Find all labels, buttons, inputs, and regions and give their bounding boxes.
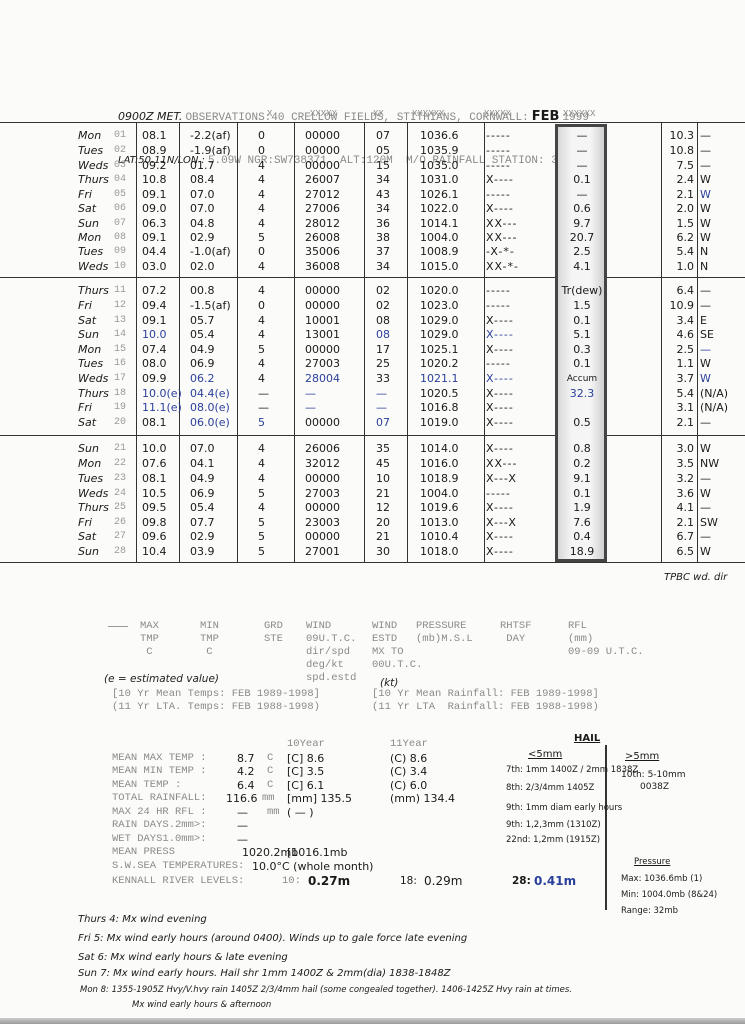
cell-grd: 4 bbox=[258, 457, 265, 471]
cell-wind: 36008 bbox=[305, 260, 340, 274]
hail-title: HAIL bbox=[574, 733, 600, 744]
cell-rh: XX--- bbox=[486, 217, 517, 231]
table-row: Sun2810.403.9527001301018.0X----18.96.5W bbox=[0, 545, 745, 559]
cell-rh: XX--- bbox=[486, 457, 517, 471]
daily-note: Sun 7: Mx wind early hours. Hail shr 1mm… bbox=[78, 968, 451, 979]
cell-max: 03.0 bbox=[142, 260, 167, 274]
cell-dir: — bbox=[700, 284, 730, 298]
cell-min: 04.8 bbox=[190, 217, 215, 231]
cell-sun: 6.5 bbox=[668, 545, 694, 559]
cell-min: 04.9 bbox=[190, 343, 215, 357]
cell-dir: W bbox=[700, 217, 730, 231]
table-row: Tues1608.006.9427003251020.2-----0.11.1W bbox=[0, 357, 745, 371]
cell-wind: — bbox=[305, 387, 316, 401]
cell-rh: ----- bbox=[486, 144, 511, 158]
summary-unit: mm bbox=[267, 806, 280, 820]
cell-pres: 1020.2 bbox=[420, 357, 459, 371]
page-bottom-edge bbox=[0, 1018, 745, 1024]
cell-pres: 1016.0 bbox=[420, 457, 459, 471]
cell-dir: — bbox=[700, 472, 730, 486]
legend-dash bbox=[108, 626, 128, 627]
cell-date: 09 bbox=[114, 245, 130, 259]
daily-note: Sat 6: Mx wind early hours & late evenin… bbox=[78, 952, 288, 963]
river-level: 0.27m bbox=[308, 875, 350, 889]
week-divider bbox=[0, 435, 745, 436]
cell-grd: 4 bbox=[258, 501, 265, 515]
cell-max: 10.4 bbox=[142, 545, 167, 559]
cell-dir: W bbox=[700, 202, 730, 216]
cell-gust: 10 bbox=[376, 472, 390, 486]
cell-gust: 17 bbox=[376, 343, 390, 357]
daily-note: Mon 8: 1355-1905Z Hvy/V.hvy rain 1405Z 2… bbox=[80, 985, 572, 995]
cell-gust: 08 bbox=[376, 328, 390, 342]
table-row: Mon0809.102.9526008381004.0XX---20.76.2W bbox=[0, 231, 745, 245]
cell-dir: W bbox=[700, 173, 730, 187]
cell-dir: N bbox=[700, 260, 730, 274]
cell-rfl: 0.6 bbox=[560, 202, 604, 216]
cell-min: 06.9 bbox=[190, 357, 215, 371]
legend-max: MAX TMP C bbox=[140, 620, 159, 659]
cell-sun: 4.1 bbox=[668, 501, 694, 515]
cell-min: 08.4 bbox=[190, 173, 215, 187]
cell-min: 03.9 bbox=[190, 545, 215, 559]
cell-gust: 45 bbox=[376, 457, 390, 471]
cell-grd: 5 bbox=[258, 231, 265, 245]
cell-grd: 4 bbox=[258, 472, 265, 486]
cell-wind: 00000 bbox=[305, 144, 340, 158]
cell-pres: 1010.4 bbox=[420, 530, 459, 544]
ten-year-value: [C] 6.1 bbox=[287, 779, 324, 793]
cell-rh: X---- bbox=[486, 173, 514, 187]
cell-grd: 5 bbox=[258, 343, 265, 357]
cell-wind: 35006 bbox=[305, 245, 340, 259]
cell-rh: X---- bbox=[486, 328, 514, 342]
cell-grd: 5 bbox=[258, 530, 265, 544]
cell-date: 15 bbox=[114, 343, 130, 357]
cell-dir: W bbox=[700, 442, 730, 456]
cell-pres: 1020.5 bbox=[420, 387, 459, 401]
summary-label: WET DAYS1.0mm>: bbox=[112, 833, 207, 847]
cell-min: 06.2 bbox=[190, 372, 215, 386]
hail-entry: 9th: 1mm diam early hours bbox=[506, 803, 622, 813]
summary-value: 4.2 bbox=[237, 765, 255, 779]
cell-pres: 1020.0 bbox=[420, 284, 459, 298]
summary-label: MEAN MIN TEMP : bbox=[112, 765, 207, 779]
cell-gust: 02 bbox=[376, 299, 390, 313]
cell-sun: 3.1 bbox=[668, 401, 694, 415]
eleven-year-value: (mm) 134.4 bbox=[390, 792, 455, 806]
cell-sun: 2.1 bbox=[668, 188, 694, 202]
cell-dir: W bbox=[700, 231, 730, 245]
cell-rh: X---- bbox=[486, 442, 514, 456]
legend-rh: RHTSF DAY bbox=[500, 620, 532, 646]
cell-min: -1.9(af) bbox=[190, 144, 231, 158]
cell-grd: 4 bbox=[258, 314, 265, 328]
cell-dir: SW bbox=[700, 516, 730, 530]
cell-dir: — bbox=[700, 343, 730, 357]
cell-max: 07.2 bbox=[142, 284, 167, 298]
hail-small-heading: <5mm bbox=[528, 749, 562, 760]
cell-pres: 1025.1 bbox=[420, 343, 459, 357]
summary-label: S.W.SEA TEMPERATURES: bbox=[112, 860, 244, 874]
table-row: Fri1911.1(e)08.0(e)———1016.8X----3.1(N/A… bbox=[0, 401, 745, 415]
cell-max: 08.1 bbox=[142, 472, 167, 486]
cell-rfl: Accum bbox=[560, 372, 604, 386]
cell-date: 18 bbox=[114, 387, 130, 401]
cell-max: 11.1(e) bbox=[142, 401, 182, 415]
cell-sun: 2.5 bbox=[668, 343, 694, 357]
river-level: 0.41m bbox=[534, 875, 576, 889]
cell-wind: 00000 bbox=[305, 530, 340, 544]
cell-max: 10.5 bbox=[142, 487, 167, 501]
table-row: Fri1209.4-1.5(af)000000021023.0-----1.51… bbox=[0, 299, 745, 313]
cell-grd: — bbox=[258, 401, 269, 415]
daily-note: Fri 5: Mx wind early hours (around 0400)… bbox=[78, 933, 467, 944]
cell-dir: — bbox=[700, 144, 730, 158]
cell-sun: 3.6 bbox=[668, 487, 694, 501]
cell-gust: 07 bbox=[376, 129, 390, 143]
cell-gust: 43 bbox=[376, 188, 390, 202]
cell-grd: 0 bbox=[258, 144, 265, 158]
cell-min: 04.1 bbox=[190, 457, 215, 471]
cell-date: 08 bbox=[114, 231, 130, 245]
cell-pres: 1026.1 bbox=[420, 188, 459, 202]
ten-year-heading: 10Year bbox=[287, 738, 325, 752]
cell-rh: ----- bbox=[486, 487, 511, 501]
cell-date: 21 bbox=[114, 442, 130, 456]
cell-min: 06.9 bbox=[190, 487, 215, 501]
cell-pres: 1008.9 bbox=[420, 245, 459, 259]
cell-date: 01 bbox=[114, 129, 130, 143]
cell-pres: 1004.0 bbox=[420, 231, 459, 245]
cell-date: 04 bbox=[114, 173, 130, 187]
cell-gust: 20 bbox=[376, 516, 390, 530]
cell-rfl: — bbox=[560, 188, 604, 202]
cell-dir: — bbox=[700, 159, 730, 173]
eleven-year-value: (C) 8.6 bbox=[390, 752, 427, 766]
cell-grd: 4 bbox=[258, 159, 265, 173]
cell-pres: 1023.0 bbox=[420, 299, 459, 313]
summary-label: MEAN TEMP : bbox=[112, 779, 181, 793]
legend-gust: WIND ESTD MX TO 00U.T.C. bbox=[372, 620, 422, 672]
cell-rfl: Tr(dew) bbox=[560, 284, 604, 298]
cell-rfl: 0.1 bbox=[560, 357, 604, 371]
cell-gust: — bbox=[376, 401, 387, 415]
cell-max: 10.8 bbox=[142, 173, 167, 187]
cell-gust: 36 bbox=[376, 217, 390, 231]
cell-max: 04.4 bbox=[142, 245, 167, 259]
cell-max: 08.0 bbox=[142, 357, 167, 371]
cell-max: 07.6 bbox=[142, 457, 167, 471]
summary-label: RAIN DAYS.2mm>: bbox=[112, 819, 207, 833]
cell-pres: 1029.0 bbox=[420, 328, 459, 342]
cell-gust: 12 bbox=[376, 501, 390, 515]
cell-grd: 4 bbox=[258, 173, 265, 187]
cell-dir: — bbox=[700, 129, 730, 143]
cell-wind: 00000 bbox=[305, 416, 340, 430]
cell-wind: 27006 bbox=[305, 202, 340, 216]
cell-grd: 4 bbox=[258, 328, 265, 342]
hail-entry: 7th: 1mm 1400Z / 2mm 1838Z bbox=[506, 765, 638, 775]
table-row: Mon2207.604.1432012451016.0XX---0.23.5NW bbox=[0, 457, 745, 471]
cell-pres: 1036.6 bbox=[420, 129, 459, 143]
cell-pres: 1014.0 bbox=[420, 442, 459, 456]
cell-rfl: 0.5 bbox=[560, 416, 604, 430]
summary-value: 6.4 bbox=[237, 779, 255, 793]
summary-label: MEAN PRESS bbox=[112, 846, 175, 860]
cell-pres: 1018.9 bbox=[420, 472, 459, 486]
ten-year-value: [mm] 135.5 bbox=[287, 792, 352, 806]
cell-gust: 08 bbox=[376, 314, 390, 328]
table-row: Thurs2509.505.4400000121019.6X----1.94.1… bbox=[0, 501, 745, 515]
cell-grd: 4 bbox=[258, 260, 265, 274]
cell-gust: 30 bbox=[376, 545, 390, 559]
cell-sun: 4.6 bbox=[668, 328, 694, 342]
cell-date: 20 bbox=[114, 416, 130, 430]
cell-sun: 5.4 bbox=[668, 387, 694, 401]
cell-gust: — bbox=[376, 387, 387, 401]
summary-label: MEAN MAX TEMP : bbox=[112, 752, 207, 766]
cell-rfl: 0.1 bbox=[560, 487, 604, 501]
cell-min: 01.7 bbox=[190, 159, 215, 173]
cell-date: 03 bbox=[114, 159, 130, 173]
legend-pressure: PRESSURE (mb)M.S.L bbox=[416, 620, 473, 646]
cell-sun: 2.4 bbox=[668, 173, 694, 187]
cell-max: 08.1 bbox=[142, 129, 167, 143]
cell-min: 07.0 bbox=[190, 188, 215, 202]
cell-max: 09.8 bbox=[142, 516, 167, 530]
table-row: Tues0208.9-1.9(af)000000051035.9-----—10… bbox=[0, 144, 745, 158]
cell-rh: ----- bbox=[486, 299, 511, 313]
cell-date: 24 bbox=[114, 487, 130, 501]
column-mark: XXXXXX bbox=[412, 109, 444, 119]
cell-date: 26 bbox=[114, 516, 130, 530]
cell-grd: 4 bbox=[258, 372, 265, 386]
cell-rh: ----- bbox=[486, 159, 511, 173]
cell-date: 05 bbox=[114, 188, 130, 202]
cell-min: 06.0(e) bbox=[190, 416, 230, 430]
cell-grd: 0 bbox=[258, 129, 265, 143]
cell-date: 14 bbox=[114, 328, 130, 342]
river-level: 0.29m bbox=[424, 875, 462, 889]
cell-rfl: 9.1 bbox=[560, 472, 604, 486]
cell-date: 06 bbox=[114, 202, 130, 216]
eleven-year-value: (C) 6.0 bbox=[390, 779, 427, 793]
cell-wind: 10001 bbox=[305, 314, 340, 328]
cell-rfl: 0.2 bbox=[560, 457, 604, 471]
cell-sun: 6.2 bbox=[668, 231, 694, 245]
cell-date: 07 bbox=[114, 217, 130, 231]
ten-year-value: [1016.1mb bbox=[287, 846, 347, 860]
cell-rh: X---X bbox=[486, 472, 517, 486]
cell-pres: 1019.0 bbox=[420, 416, 459, 430]
cell-date: 11 bbox=[114, 284, 130, 298]
cell-max: 09.5 bbox=[142, 501, 167, 515]
cell-min: 05.4 bbox=[190, 501, 215, 515]
cell-wind: 27003 bbox=[305, 487, 340, 501]
column-mark: XXXXX bbox=[484, 109, 511, 119]
cell-min: 05.4 bbox=[190, 328, 215, 342]
legend-wind: WIND 09U.T.C. dir/spd deg/kt spd.estd bbox=[306, 620, 356, 685]
cell-rfl: 20.7 bbox=[560, 231, 604, 245]
table-row: Weds1003.002.0436008341015.0XX-*-4.11.0N bbox=[0, 260, 745, 274]
cell-sun: 2.0 bbox=[668, 202, 694, 216]
cell-gust: 35 bbox=[376, 442, 390, 456]
cell-sun: 6.7 bbox=[668, 530, 694, 544]
summary-label: TOTAL RAINFALL: bbox=[112, 792, 207, 806]
ten-year-value: ( — ) bbox=[287, 806, 314, 820]
column-mark: X bbox=[267, 109, 272, 119]
table-bottom-rule bbox=[0, 562, 745, 563]
pressure-max: Max: 1036.6mb (1) bbox=[621, 874, 702, 884]
cell-rh: X---- bbox=[486, 372, 514, 386]
cell-rh: ----- bbox=[486, 188, 511, 202]
cell-pres: 1035.0 bbox=[420, 159, 459, 173]
cell-date: 02 bbox=[114, 144, 130, 158]
cell-min: 04.9 bbox=[190, 472, 215, 486]
table-row: Sun1410.005.4413001081029.0X----5.14.6SE bbox=[0, 328, 745, 342]
table-row: Tues0904.4-1.0(af)035006371008.9-X-*-2.5… bbox=[0, 245, 745, 259]
cell-pres: 1013.0 bbox=[420, 516, 459, 530]
cell-rfl: 32.3 bbox=[560, 387, 604, 401]
cell-min: 08.0(e) bbox=[190, 401, 230, 415]
cell-rh: X---- bbox=[486, 501, 514, 515]
cell-gust: 34 bbox=[376, 173, 390, 187]
pressure-title: Pressure bbox=[634, 857, 670, 867]
cell-rfl: 1.5 bbox=[560, 299, 604, 313]
eleven-year-heading: 11Year bbox=[390, 738, 428, 752]
cell-min: 00.8 bbox=[190, 284, 215, 298]
column-mark: XX bbox=[373, 109, 384, 119]
river-day: 28: bbox=[512, 875, 531, 889]
ten-year-temps-line: [10 Yr Mean Temps: FEB 1989-1998] bbox=[112, 688, 320, 701]
cell-grd: 0 bbox=[258, 245, 265, 259]
cell-rh: X---- bbox=[486, 401, 514, 415]
cell-date: 23 bbox=[114, 472, 130, 486]
cell-pres: 1029.0 bbox=[420, 314, 459, 328]
cell-gust: 25 bbox=[376, 357, 390, 371]
cell-min: 07.7 bbox=[190, 516, 215, 530]
table-top-rule bbox=[0, 122, 745, 123]
cell-min: 02.9 bbox=[190, 231, 215, 245]
ten-year-rain-line: [10 Yr Mean Rainfall: FEB 1989-1998] bbox=[372, 688, 599, 701]
cell-dir: — bbox=[700, 299, 730, 313]
cell-rh: ----- bbox=[486, 357, 511, 371]
cell-wind: 28004 bbox=[305, 372, 340, 386]
summary-value: 10.0°C (whole month) bbox=[252, 860, 373, 874]
table-row: Thurs1810.0(e)04.4(e)———1020.5X----32.35… bbox=[0, 387, 745, 401]
cell-max: 10.0 bbox=[142, 328, 167, 342]
table-row: Weds2410.506.9527003211004.0-----0.13.6W bbox=[0, 487, 745, 501]
column-mark: XXXXXX bbox=[563, 109, 595, 119]
hail-large-entry: 10th: 5-10mm bbox=[621, 770, 686, 780]
column-mark: XXXXX bbox=[310, 109, 337, 119]
ten-year-value: [C] 8.6 bbox=[287, 752, 324, 766]
table-row: Sun0706.304.8428012361014.1XX---9.71.5W bbox=[0, 217, 745, 231]
cell-rh: X---- bbox=[486, 343, 514, 357]
cell-max: 08.9 bbox=[142, 144, 167, 158]
cell-grd: 4 bbox=[258, 188, 265, 202]
legend-grd: GRD STE bbox=[264, 620, 283, 646]
cell-grd: 4 bbox=[258, 442, 265, 456]
eleven-year-value: (C) 3.4 bbox=[390, 765, 427, 779]
cell-gust: 38 bbox=[376, 231, 390, 245]
cell-min: 07.0 bbox=[190, 202, 215, 216]
ten-year-value: [C] 3.5 bbox=[287, 765, 324, 779]
cell-wind: 00000 bbox=[305, 159, 340, 173]
cell-max: 09.0 bbox=[142, 202, 167, 216]
cell-wind: 00000 bbox=[305, 472, 340, 486]
river-day: 18: bbox=[400, 875, 417, 889]
cell-max: 10.0 bbox=[142, 442, 167, 456]
cell-gust: 37 bbox=[376, 245, 390, 259]
cell-wind: 27012 bbox=[305, 188, 340, 202]
river-day: 10: bbox=[282, 875, 301, 889]
cell-grd: 4 bbox=[258, 357, 265, 371]
summary-unit: C bbox=[267, 765, 273, 779]
cell-date: 27 bbox=[114, 530, 130, 544]
cell-sun: 3.0 bbox=[668, 442, 694, 456]
cell-rh: X---- bbox=[486, 202, 514, 216]
cell-rfl: 0.3 bbox=[560, 343, 604, 357]
cell-sun: 1.0 bbox=[668, 260, 694, 274]
daily-note: Mx wind early hours & afternoon bbox=[132, 1000, 271, 1010]
cell-rfl: — bbox=[560, 159, 604, 173]
cell-pres: 1022.0 bbox=[420, 202, 459, 216]
table-row: Thurs1107.200.8400000021020.0-----Tr(dew… bbox=[0, 284, 745, 298]
cell-dir: — bbox=[700, 530, 730, 544]
hail-entry: 22nd: 1,2mm (1915Z) bbox=[506, 835, 600, 845]
cell-min: -1.0(af) bbox=[190, 245, 231, 259]
cell-rfl: 9.7 bbox=[560, 217, 604, 231]
cell-min: 04.4(e) bbox=[190, 387, 230, 401]
cell-max: 06.3 bbox=[142, 217, 167, 231]
cell-sun: 10.8 bbox=[668, 144, 694, 158]
cell-gust: 02 bbox=[376, 284, 390, 298]
cell-max: 09.1 bbox=[142, 188, 167, 202]
cell-sun: 1.1 bbox=[668, 357, 694, 371]
week-divider bbox=[0, 277, 745, 278]
cell-pres: 1019.6 bbox=[420, 501, 459, 515]
cell-date: 28 bbox=[114, 545, 130, 559]
cell-min: 05.7 bbox=[190, 314, 215, 328]
cell-max: 09.6 bbox=[142, 530, 167, 544]
cell-rfl: 0.4 bbox=[560, 530, 604, 544]
cell-sun: 3.2 bbox=[668, 472, 694, 486]
cell-pres: 1004.0 bbox=[420, 487, 459, 501]
cell-wind: 27001 bbox=[305, 545, 340, 559]
cell-min: -1.5(af) bbox=[190, 299, 231, 313]
cell-pres: 1014.1 bbox=[420, 217, 459, 231]
table-row: Sat2008.106.0(e)500000071019.0X----0.52.… bbox=[0, 416, 745, 430]
hail-large-heading: >5mm bbox=[625, 751, 659, 762]
table-row: Thurs0410.808.4426007341031.0X----0.12.4… bbox=[0, 173, 745, 187]
cell-rfl: 2.5 bbox=[560, 245, 604, 259]
cell-date: 17 bbox=[114, 372, 130, 386]
daily-note: Thurs 4: Mx wind evening bbox=[78, 914, 207, 925]
table-row: Mon1507.404.9500000171025.1X----0.32.5— bbox=[0, 343, 745, 357]
estimated-note: (e = estimated value) bbox=[104, 673, 219, 686]
cell-pres: 1016.8 bbox=[420, 401, 459, 415]
summary-label: MAX 24 HR RFL : bbox=[112, 806, 207, 820]
cell-date: 13 bbox=[114, 314, 130, 328]
lta-temps-line: (11 Yr LTA. Temps: FEB 1988-1998) bbox=[112, 701, 320, 714]
cell-rfl: 1.9 bbox=[560, 501, 604, 515]
cell-gust: 15 bbox=[376, 159, 390, 173]
cell-min: 02.9 bbox=[190, 530, 215, 544]
cell-max: 09.1 bbox=[142, 314, 167, 328]
cell-rfl: — bbox=[560, 144, 604, 158]
